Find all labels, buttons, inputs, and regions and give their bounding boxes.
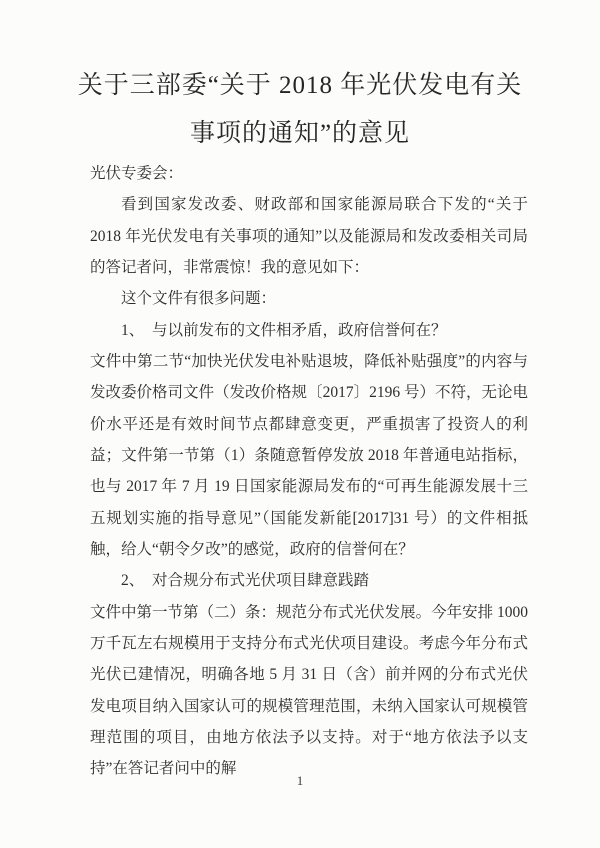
document-page: 关于三部委“关于 2018 年光伏发电有关事项的通知”的意见 光伏专委会： 看到… [0, 0, 600, 848]
issue-2-heading: 2、 对合规分布式光伏项目肆意践踏 [90, 565, 528, 596]
issue-2-body: 文件中第一节第（二）条：规范分布式光伏发展。今年安排 1000 万千瓦左右规模用… [90, 597, 528, 785]
problems-lead: 这个文件有很多问题： [90, 283, 528, 314]
salutation: 光伏专委会： [90, 158, 528, 189]
page-number: 1 [0, 768, 600, 794]
intro-paragraph: 看到国家发改委、财政部和国家能源局联合下发的“关于 2018 年光伏发电有关事项… [90, 189, 528, 283]
issue-1-body: 文件中第二节“加快光伏发电补贴退坡，降低补贴强度”的内容与发改委价格司文件（发改… [90, 346, 528, 565]
document-body: 光伏专委会： 看到国家发改委、财政部和国家能源局联合下发的“关于 2018 年光… [90, 158, 528, 785]
document-title: 关于三部委“关于 2018 年光伏发电有关事项的通知”的意见 [69, 0, 531, 158]
issue-1-heading: 1、 与以前发布的文件相矛盾，政府信誉何在？ [90, 315, 528, 346]
